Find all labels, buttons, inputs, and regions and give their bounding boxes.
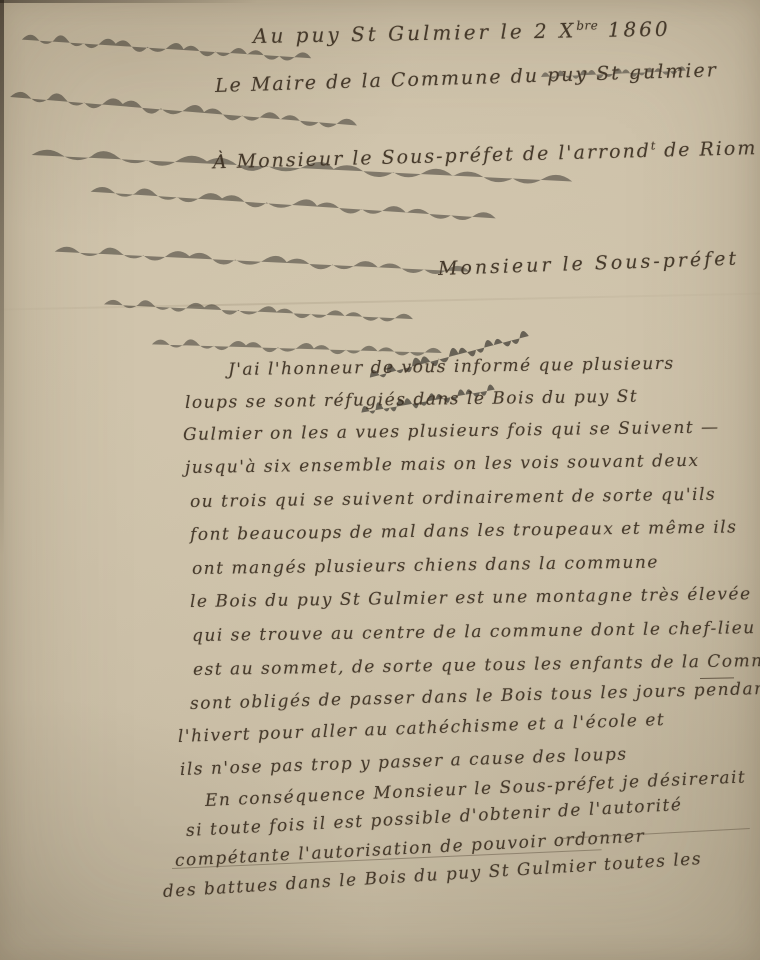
photo-edge-shadow [0,0,4,557]
dateline-superscript: bre [576,18,598,32]
letter-photo: Au puy St Gulmier le 2 Xbre 1860 Le Mair… [0,0,760,960]
photo-edge-shadow [0,0,258,3]
dateline-year: 1860 [598,17,671,42]
recipient-place: de Riom [656,137,758,162]
